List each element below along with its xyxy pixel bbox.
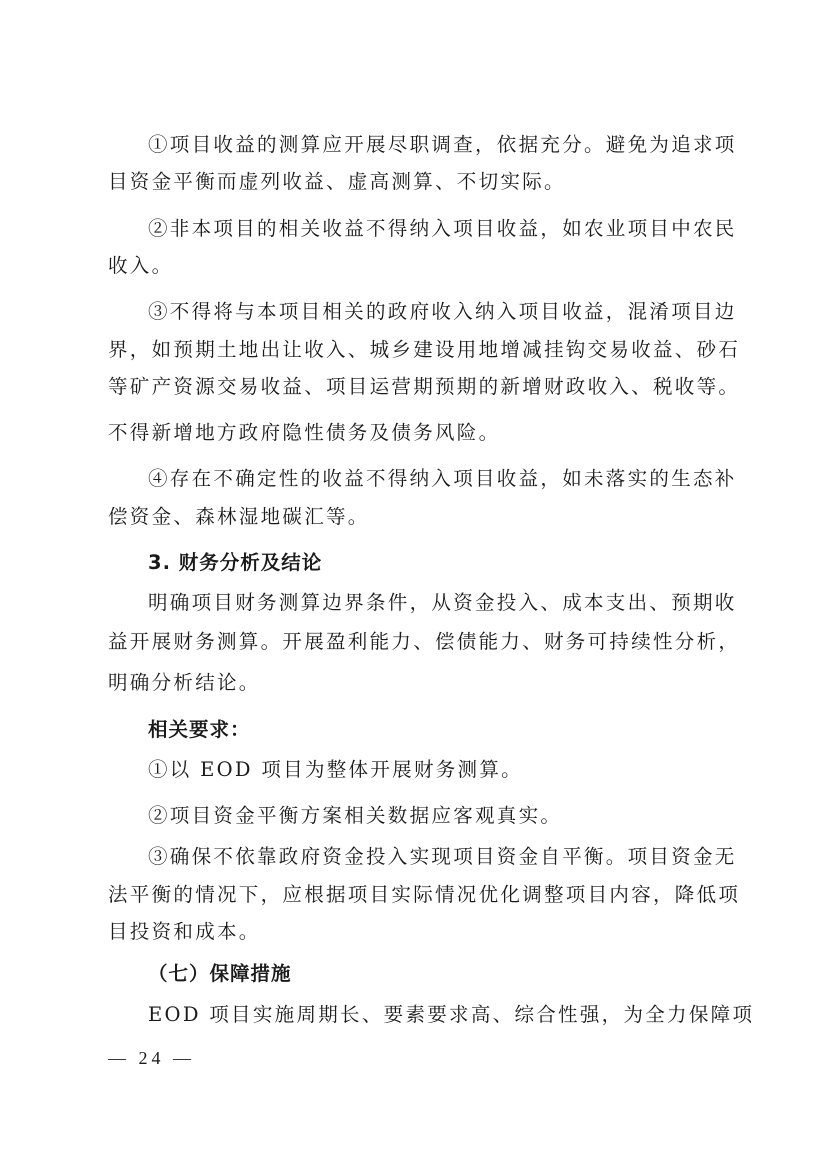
paragraph-line: ②非本项目的相关收益不得纳入项目收益，如农业项目中农民	[148, 217, 768, 241]
paragraph-line: 明确分析结论。	[108, 671, 728, 695]
paragraph-line: 法平衡的情况下，应根据项目实际情况优化调整项目内容，降低项	[108, 883, 728, 907]
paragraph-line: ③确保不依靠政府资金投入实现项目资金自平衡。项目资金无	[148, 845, 768, 869]
paragraph-line: ④存在不确定性的收益不得纳入项目收益，如未落实的生态补	[148, 467, 768, 491]
page-number: — 24 —	[108, 1048, 195, 1069]
section-heading: （七）保障措施	[148, 962, 768, 986]
paragraph-line: ②项目资金平衡方案相关数据应客观真实。	[148, 804, 768, 828]
paragraph-line: EOD 项目实施周期长、要素要求高、综合性强，为全力保障项	[148, 1003, 768, 1027]
paragraph-line: 收入。	[108, 254, 728, 278]
paragraph-line: 不得新增地方政府隐性债务及债务风险。	[108, 421, 728, 445]
paragraph-line: 目投资和成本。	[108, 920, 728, 944]
paragraph-line: ①以 EOD 项目为整体开展财务测算。	[148, 758, 768, 782]
paragraph-line: 明确项目财务测算边界条件，从资金投入、成本支出、预期收	[148, 591, 768, 615]
paragraph-line: 偿资金、森林湿地碳汇等。	[108, 505, 728, 529]
document-page: ①项目收益的测算应开展尽职调查，依据充分。避免为追求项目资金平衡而虚列收益、虚高…	[0, 0, 826, 1169]
paragraph-line: ③不得将与本项目相关的政府收入纳入项目收益，混淆项目边	[148, 300, 768, 324]
paragraph-line: ①项目收益的测算应开展尽职调查，依据充分。避免为追求项	[148, 133, 768, 157]
section-heading: 相关要求：	[148, 718, 768, 742]
paragraph-line: 界，如预期土地出让收入、城乡建设用地增减挂钩交易收益、砂石	[108, 338, 728, 362]
paragraph-line: 益开展财务测算。开展盈利能力、偿债能力、财务可持续性分析，	[108, 630, 728, 654]
paragraph-line: 等矿产资源交易收益、项目运营期预期的新增财政收入、税收等。	[108, 375, 728, 399]
section-heading: 3. 财务分析及结论	[148, 551, 768, 575]
paragraph-line: 目资金平衡而虚列收益、虚高测算、不切实际。	[108, 170, 728, 194]
